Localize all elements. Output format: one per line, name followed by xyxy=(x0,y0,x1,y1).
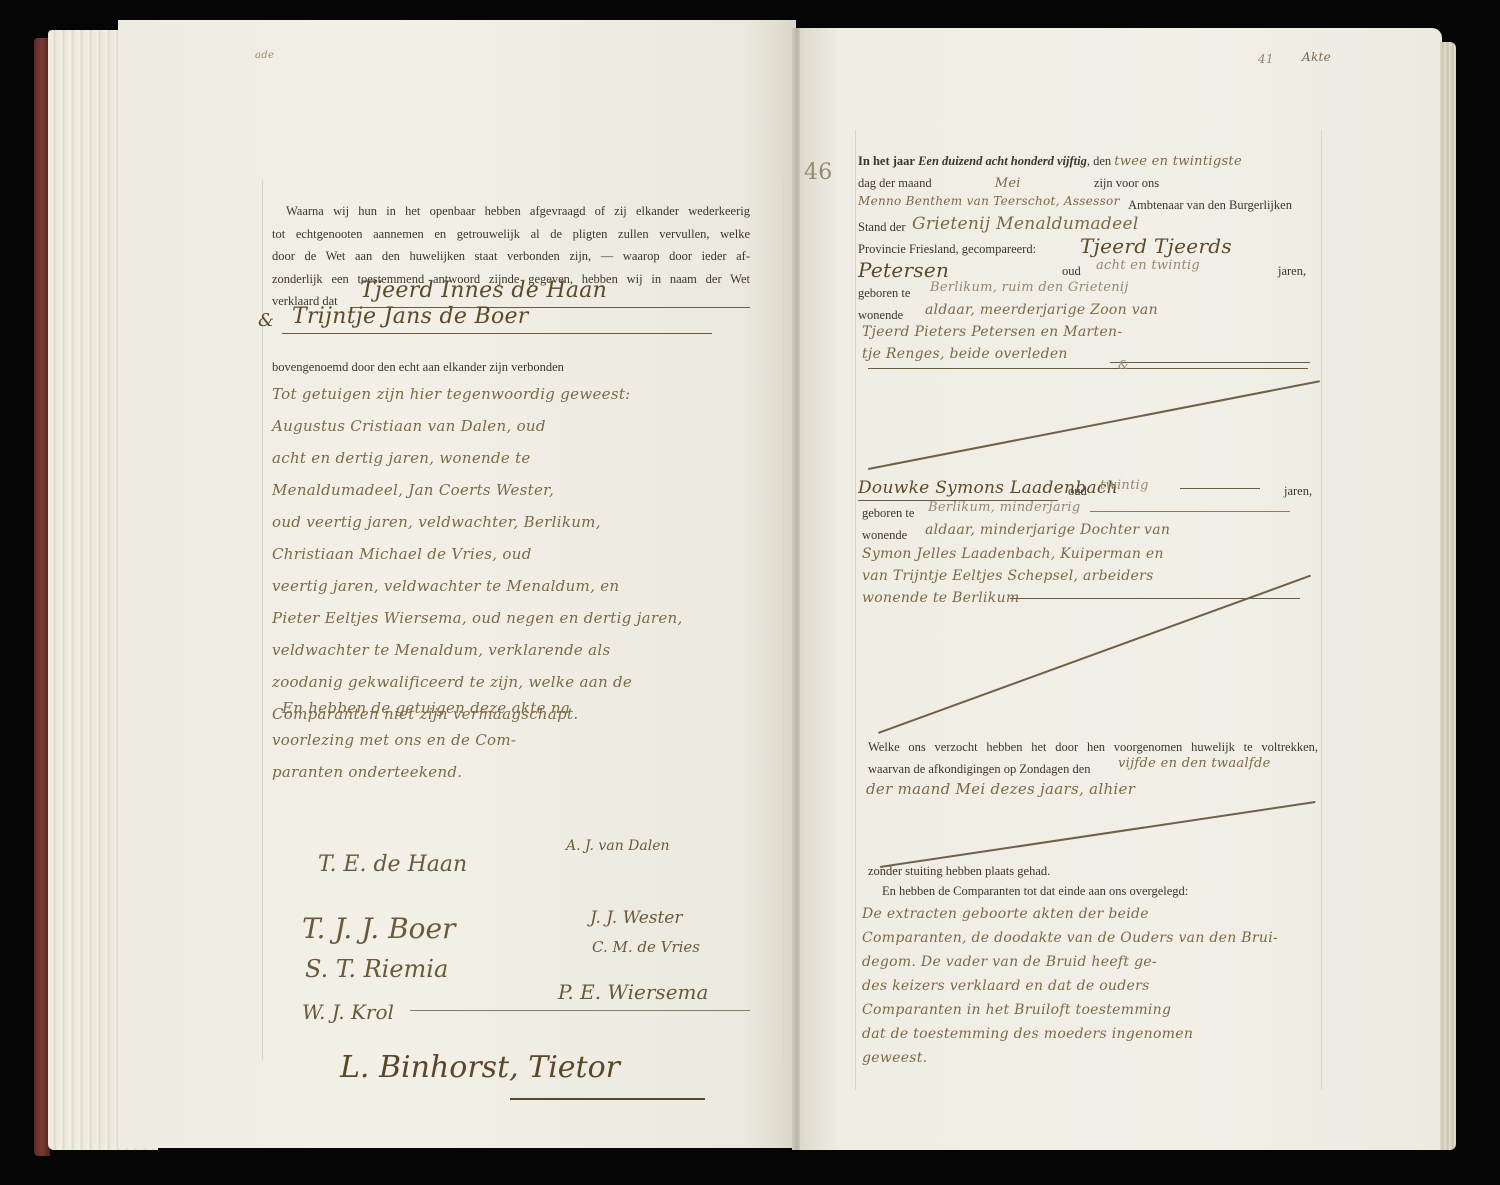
hand-groom-age: acht en twintig xyxy=(1096,258,1200,273)
fill-rule xyxy=(1090,511,1290,512)
hand-groom-surname: Petersen xyxy=(858,258,949,282)
hand-groom: Tjeerd Tjeerds xyxy=(1080,234,1232,258)
signature-witness: J. J. Wester xyxy=(590,908,683,928)
hand-groom-residence: aldaar, meerderjarige Zoon van xyxy=(925,302,1158,318)
hand-line: voorlezing met ons en de Com- xyxy=(272,724,570,756)
corner-note: Akte xyxy=(1302,50,1331,64)
hand-line: Augustus Cristiaan van Dalen, oud xyxy=(272,410,683,442)
hand-line: Comparanten in het Bruiloft toestemming xyxy=(862,998,1278,1022)
hand-line: En hebben de getuigen deze akte na xyxy=(272,692,570,724)
corner-mark: ade xyxy=(255,50,274,61)
hand-line: acht en dertig jaren, wonende te xyxy=(272,442,683,474)
request-line-2: waarvan de afkondigingen op Zondagen den xyxy=(868,758,1091,781)
print-text: zijn voor ons xyxy=(1094,176,1159,190)
overgelegd: En hebben de Comparanten tot dat einde a… xyxy=(882,880,1188,903)
print-jaren: jaren, xyxy=(1278,260,1306,283)
hand-line: geweest. xyxy=(862,1046,1278,1070)
hand-line: Comparanten, de doodakte van de Ouders v… xyxy=(862,926,1278,950)
hand-line: Tot getuigen zijn hier tegenwoordig gewe… xyxy=(272,378,683,410)
print-line: Waarna wij hun in het openbaar hebben af… xyxy=(272,200,750,223)
hand-bride-residence: Symon Jelles Laadenbach, Kuiperman en xyxy=(862,546,1164,562)
hand-mark: & xyxy=(1118,358,1129,372)
signature-bride: T. J. J. Boer xyxy=(302,912,455,945)
print-text: In het jaar xyxy=(858,154,915,168)
hand-line: De extracten geboorte akten der beide xyxy=(862,902,1278,926)
bride-name-rule xyxy=(282,333,712,334)
hand-request: der maand Mei dezes jaars, alhier xyxy=(866,780,1135,798)
hand-line: veertig jaren, veldwachter te Menaldum, … xyxy=(272,570,683,602)
groom-name: Tjeerd Innes de Haan xyxy=(360,278,607,303)
hand-request: vijfde en den twaalfde xyxy=(1118,756,1271,771)
hand-bride-residence: aldaar, minderjarige Dochter van xyxy=(925,522,1170,538)
bride-name: Trijntje Jans de Boer xyxy=(292,304,529,329)
hand-line: Pieter Eeltjes Wiersema, oud negen en de… xyxy=(272,602,683,634)
hand-bride-birthplace: Berlikum, minderjarig xyxy=(928,500,1080,515)
officiant-signature: L. Binhorst, Tietor xyxy=(340,1050,620,1085)
print-text: , den xyxy=(1087,154,1111,168)
page-stack-right xyxy=(1440,42,1456,1150)
hand-groom-residence: Tjeerd Pieters Petersen en Marten- xyxy=(862,324,1122,340)
signature-groom: T. E. de Haan xyxy=(318,852,467,877)
print-jaren: jaren, xyxy=(1284,480,1312,503)
print-wonende: wonende xyxy=(862,524,907,547)
hand-month: Mei xyxy=(995,176,1021,191)
hand-officer: Menno Benthem van Teerschot, Assessor xyxy=(858,194,1120,208)
signature-witness: S. T. Riemia xyxy=(305,955,448,983)
hand-municipality: Grietenij Menaldumadeel xyxy=(912,214,1139,234)
hand-bride-age: twintig xyxy=(1100,478,1149,493)
print-text: dag der maand xyxy=(858,176,932,190)
fill-rule xyxy=(1180,488,1260,489)
hand-line: paranten onderteekend. xyxy=(272,756,570,788)
witness-paragraph: Tot getuigen zijn hier tegenwoordig gewe… xyxy=(272,378,683,730)
print-line: door de Wet aan den huwelijken staat ver… xyxy=(272,245,750,268)
print-geboren: geboren te xyxy=(862,502,914,525)
opening-line-2: dag der maand Mei zijn voor ons xyxy=(858,172,1328,196)
closing-paragraph: En hebben de getuigen deze akte na voorl… xyxy=(272,692,570,788)
hand-day: twee en twintigste xyxy=(1114,154,1242,169)
hand-line: veldwachter te Menaldum, verklarende als xyxy=(272,634,683,666)
hand-line: Menaldumadeel, Jan Coerts Wester, xyxy=(272,474,683,506)
signature-witness: C. M. de Vries xyxy=(592,938,700,956)
opening-line-1: In het jaar Een duizend acht honderd vij… xyxy=(858,150,1328,174)
documents-paragraph: De extracten geboorte akten der beide Co… xyxy=(862,902,1278,1070)
hand-groom-birthplace: Berlikum, ruim den Grietenij xyxy=(930,280,1129,295)
signature-witness: A. J. van Dalen xyxy=(566,838,670,854)
print-geboren: geboren te xyxy=(858,282,910,305)
bovengenoemd-label: bovengenoemd door den echt aan elkander … xyxy=(272,356,752,379)
fill-rule xyxy=(868,368,1308,369)
signature-witness: W. J. Krol xyxy=(302,1000,394,1024)
print-ambtenaar: Ambtenaar van den Burgerlijken xyxy=(1128,194,1292,217)
hand-line: dat de toestemming des moeders ingenomen xyxy=(862,1022,1278,1046)
print-stand-der: Stand der xyxy=(858,216,906,239)
hand-line: oud veertig jaren, veldwachter, Berlikum… xyxy=(272,506,683,538)
hand-line: des keizers verklaard en dat de ouders xyxy=(862,974,1278,998)
year-text: Een duizend acht honderd vijftig xyxy=(918,154,1087,168)
signature-witness: P. E. Wiersema xyxy=(558,980,708,1004)
officiant-rule xyxy=(510,1098,705,1100)
conjunction-mark: & xyxy=(258,310,274,331)
hand-bride-residence: wonende te Berlikum xyxy=(862,590,1020,606)
corner-number: 41 xyxy=(1258,52,1274,66)
fill-rule xyxy=(1010,598,1300,599)
hand-groom-residence: tje Renges, beide overleden xyxy=(862,346,1068,362)
hand-bride-residence: van Trijntje Eeltjes Schepsel, arbeiders xyxy=(862,568,1154,584)
hand-line: Christiaan Michael de Vries, oud xyxy=(272,538,683,570)
print-line: tot echtgenooten aannemen en getrouwelij… xyxy=(272,223,750,246)
page-number: 46 xyxy=(804,160,833,185)
fill-rule xyxy=(1110,362,1310,363)
hand-line: degom. De vader van de Bruid heeft ge- xyxy=(862,950,1278,974)
signature-rule xyxy=(410,1010,750,1011)
